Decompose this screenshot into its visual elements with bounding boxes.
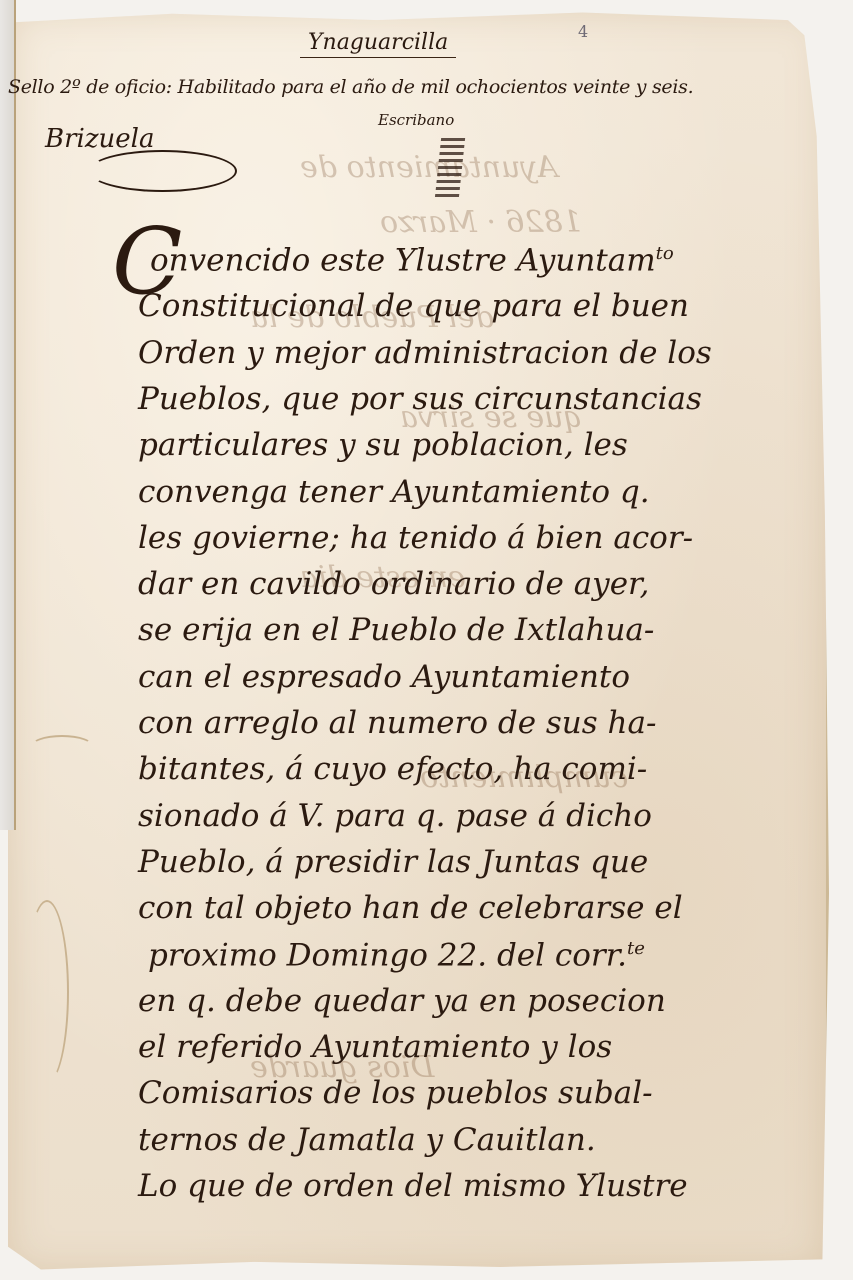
text-line: Lo que de orden del mismo Ylustre — [138, 1171, 688, 1202]
text-line: dar en cavildo ordinario de ayer, — [138, 569, 649, 600]
binding-strip — [0, 0, 16, 830]
signature: Brizuela — [45, 124, 155, 154]
text-line: en q. debe quedar ya en posecion — [138, 986, 666, 1017]
text-line: Pueblos, que por sus circunstancias — [138, 384, 702, 415]
text-line: Orden y mejor administracion de los — [138, 338, 712, 369]
text-line: particulares y su poblacion, les — [138, 430, 628, 461]
escribano-label: Escribano — [378, 111, 454, 129]
folio-number: 4 — [578, 22, 588, 41]
text-line: can el espresado Ayuntamiento — [138, 662, 630, 693]
text-line: les govierne; ha tenido á bien acor- — [138, 523, 693, 554]
signature-flourish — [88, 150, 237, 192]
seal-line: Sello 2º de oficio: Habilitado para el a… — [8, 76, 693, 98]
text-line: bitantes, á cuyo efecto, ha comi- — [138, 754, 647, 785]
text-line: proximo Domingo 22. del corr.te — [148, 940, 645, 971]
text-line: onvencido este Ylustre Ayuntamto — [150, 245, 674, 276]
text-line: sionado á V. para q. pase á dicho — [138, 801, 652, 832]
text-line: convenga tener Ayuntamiento q. — [138, 477, 650, 508]
text-line: Constitucional de que para el buen — [138, 291, 689, 322]
text-line: el referido Ayuntamiento y los — [138, 1032, 612, 1063]
text-line: se erija en el Pueblo de Ixtlahua- — [138, 615, 654, 646]
text-line: ternos de Jamatla y Cauitlan. — [138, 1125, 596, 1156]
text-line: con arreglo al numero de sus ha- — [138, 708, 656, 739]
text-line: Pueblo, á presidir las Juntas que — [138, 847, 648, 878]
binding-thread — [25, 900, 69, 1084]
text-line: con tal objeto han de celebrarse el — [138, 893, 683, 924]
text-line: Comisarios de los pueblos subal- — [138, 1078, 653, 1109]
document-title: Ynaguarcilla — [300, 30, 456, 58]
binding-thread — [30, 735, 94, 759]
